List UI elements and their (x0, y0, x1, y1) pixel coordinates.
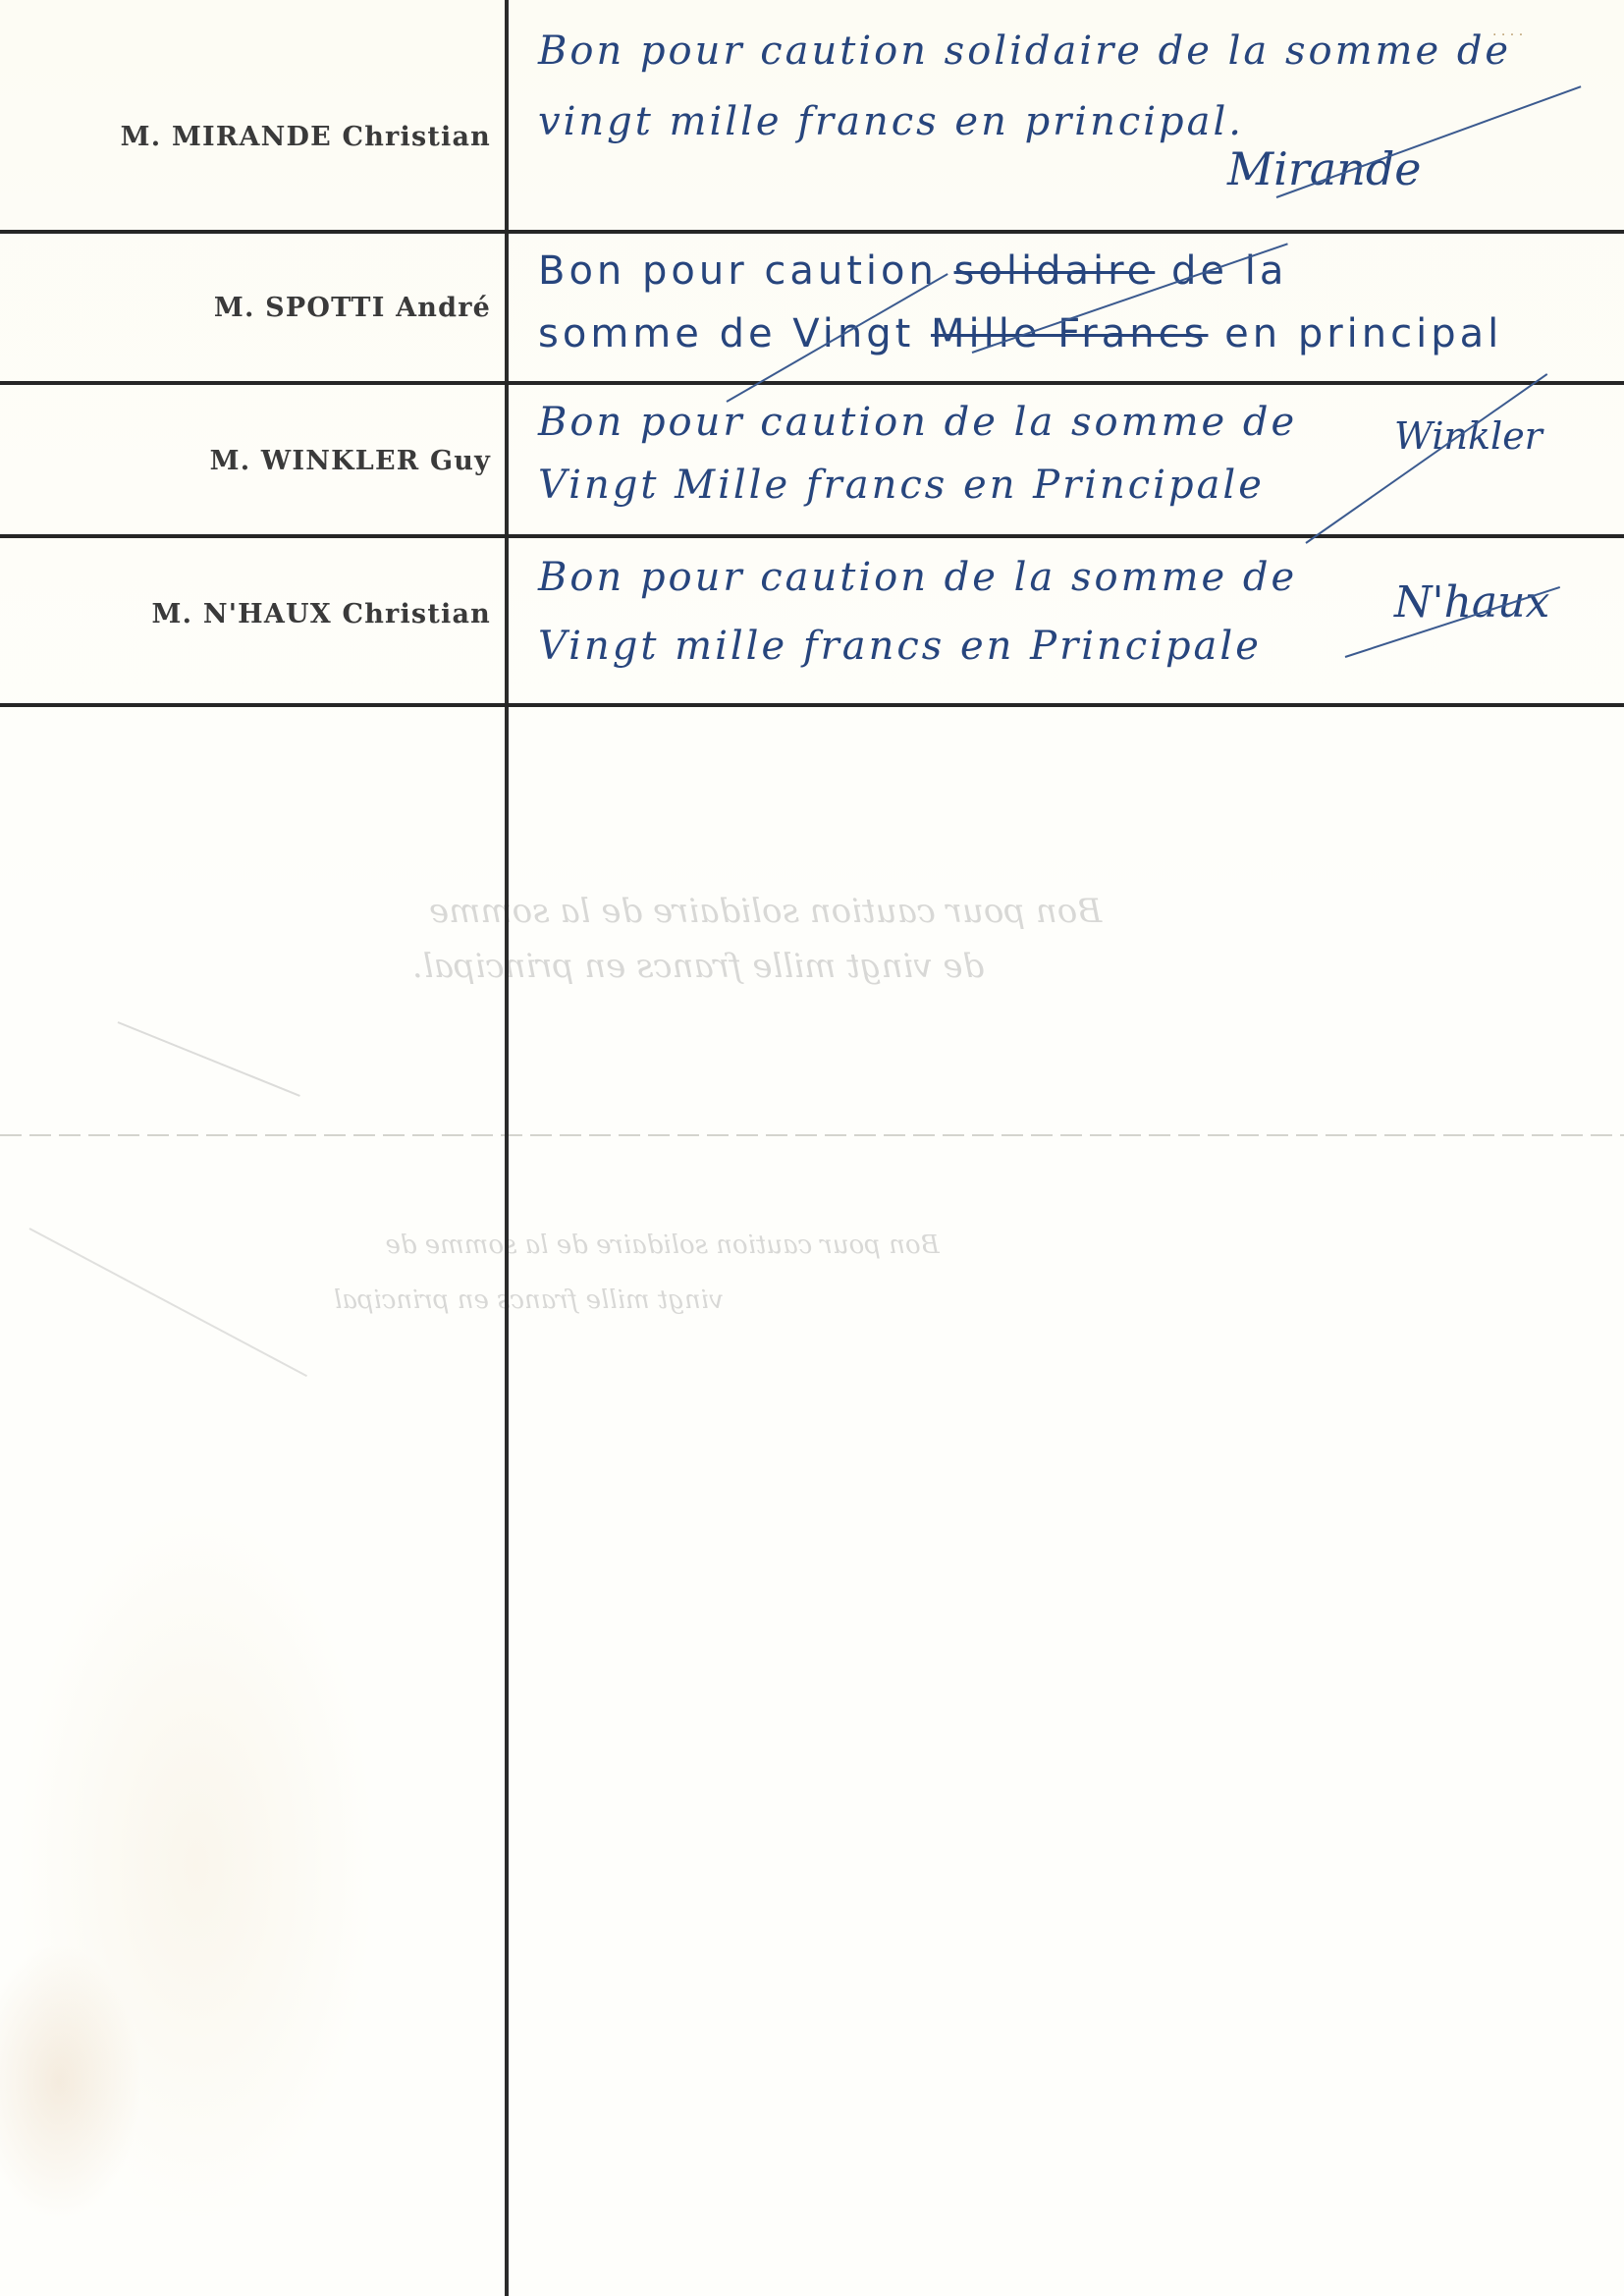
guarantor-row: M. N'HAUX Christian Bon pour caution de … (0, 538, 1624, 703)
statement-line: Vingt mille francs en Principale (538, 615, 1540, 678)
signature: N'haux (1394, 577, 1549, 628)
guarantee-statement: Bon pour caution de la somme de Vingt Mi… (538, 391, 1540, 517)
guarantor-row: M. SPOTTI André Bon pour caution solidai… (0, 234, 1624, 381)
signature: Winkler (1394, 414, 1543, 458)
guarantee-statement: Bon pour caution solidaire de la somme d… (538, 240, 1540, 365)
show-through-line: Bon pour caution solidaire de la somme (412, 884, 1102, 939)
show-through-text: Bon pour caution solidaire de la somme d… (412, 884, 1102, 994)
struck-word: solidaire (954, 248, 1156, 294)
row-divider (0, 703, 1624, 707)
guarantee-statement: Bon pour caution solidaire de la somme d… (538, 20, 1540, 153)
guarantor-name: M. SPOTTI André (214, 293, 491, 323)
statement-line: Bon pour caution solidaire de la somme d… (538, 20, 1540, 82)
show-through-line: vingt mille francs en principal (334, 1273, 940, 1328)
show-through-line: Bon pour caution solidaire de la somme d… (334, 1218, 940, 1273)
guarantor-row: M. WINKLER Guy Bon pour caution de la so… (0, 385, 1624, 534)
statement-line: Bon pour caution de la somme de (538, 546, 1540, 609)
statement-line: Bon pour caution solidaire de la (538, 240, 1540, 302)
show-through-text: Bon pour caution solidaire de la somme d… (334, 1218, 940, 1328)
paper-fold-line (0, 1134, 1624, 1136)
guarantor-name: M. MIRANDE Christian (121, 122, 491, 152)
guarantee-statement: Bon pour caution de la somme de Vingt mi… (538, 546, 1540, 678)
statement-line: somme de Vingt Mille Francs en principal (538, 302, 1540, 365)
show-through-line: de vingt mille francs en principal. (412, 939, 1102, 994)
signature: Mirande (1227, 142, 1422, 195)
guarantor-name: M. N'HAUX Christian (152, 599, 491, 629)
guarantor-name: M. WINKLER Guy (210, 446, 491, 476)
statement-line: Bon pour caution de la somme de (538, 391, 1540, 454)
guarantor-row: M. MIRANDE Christian Bon pour caution so… (0, 0, 1624, 230)
